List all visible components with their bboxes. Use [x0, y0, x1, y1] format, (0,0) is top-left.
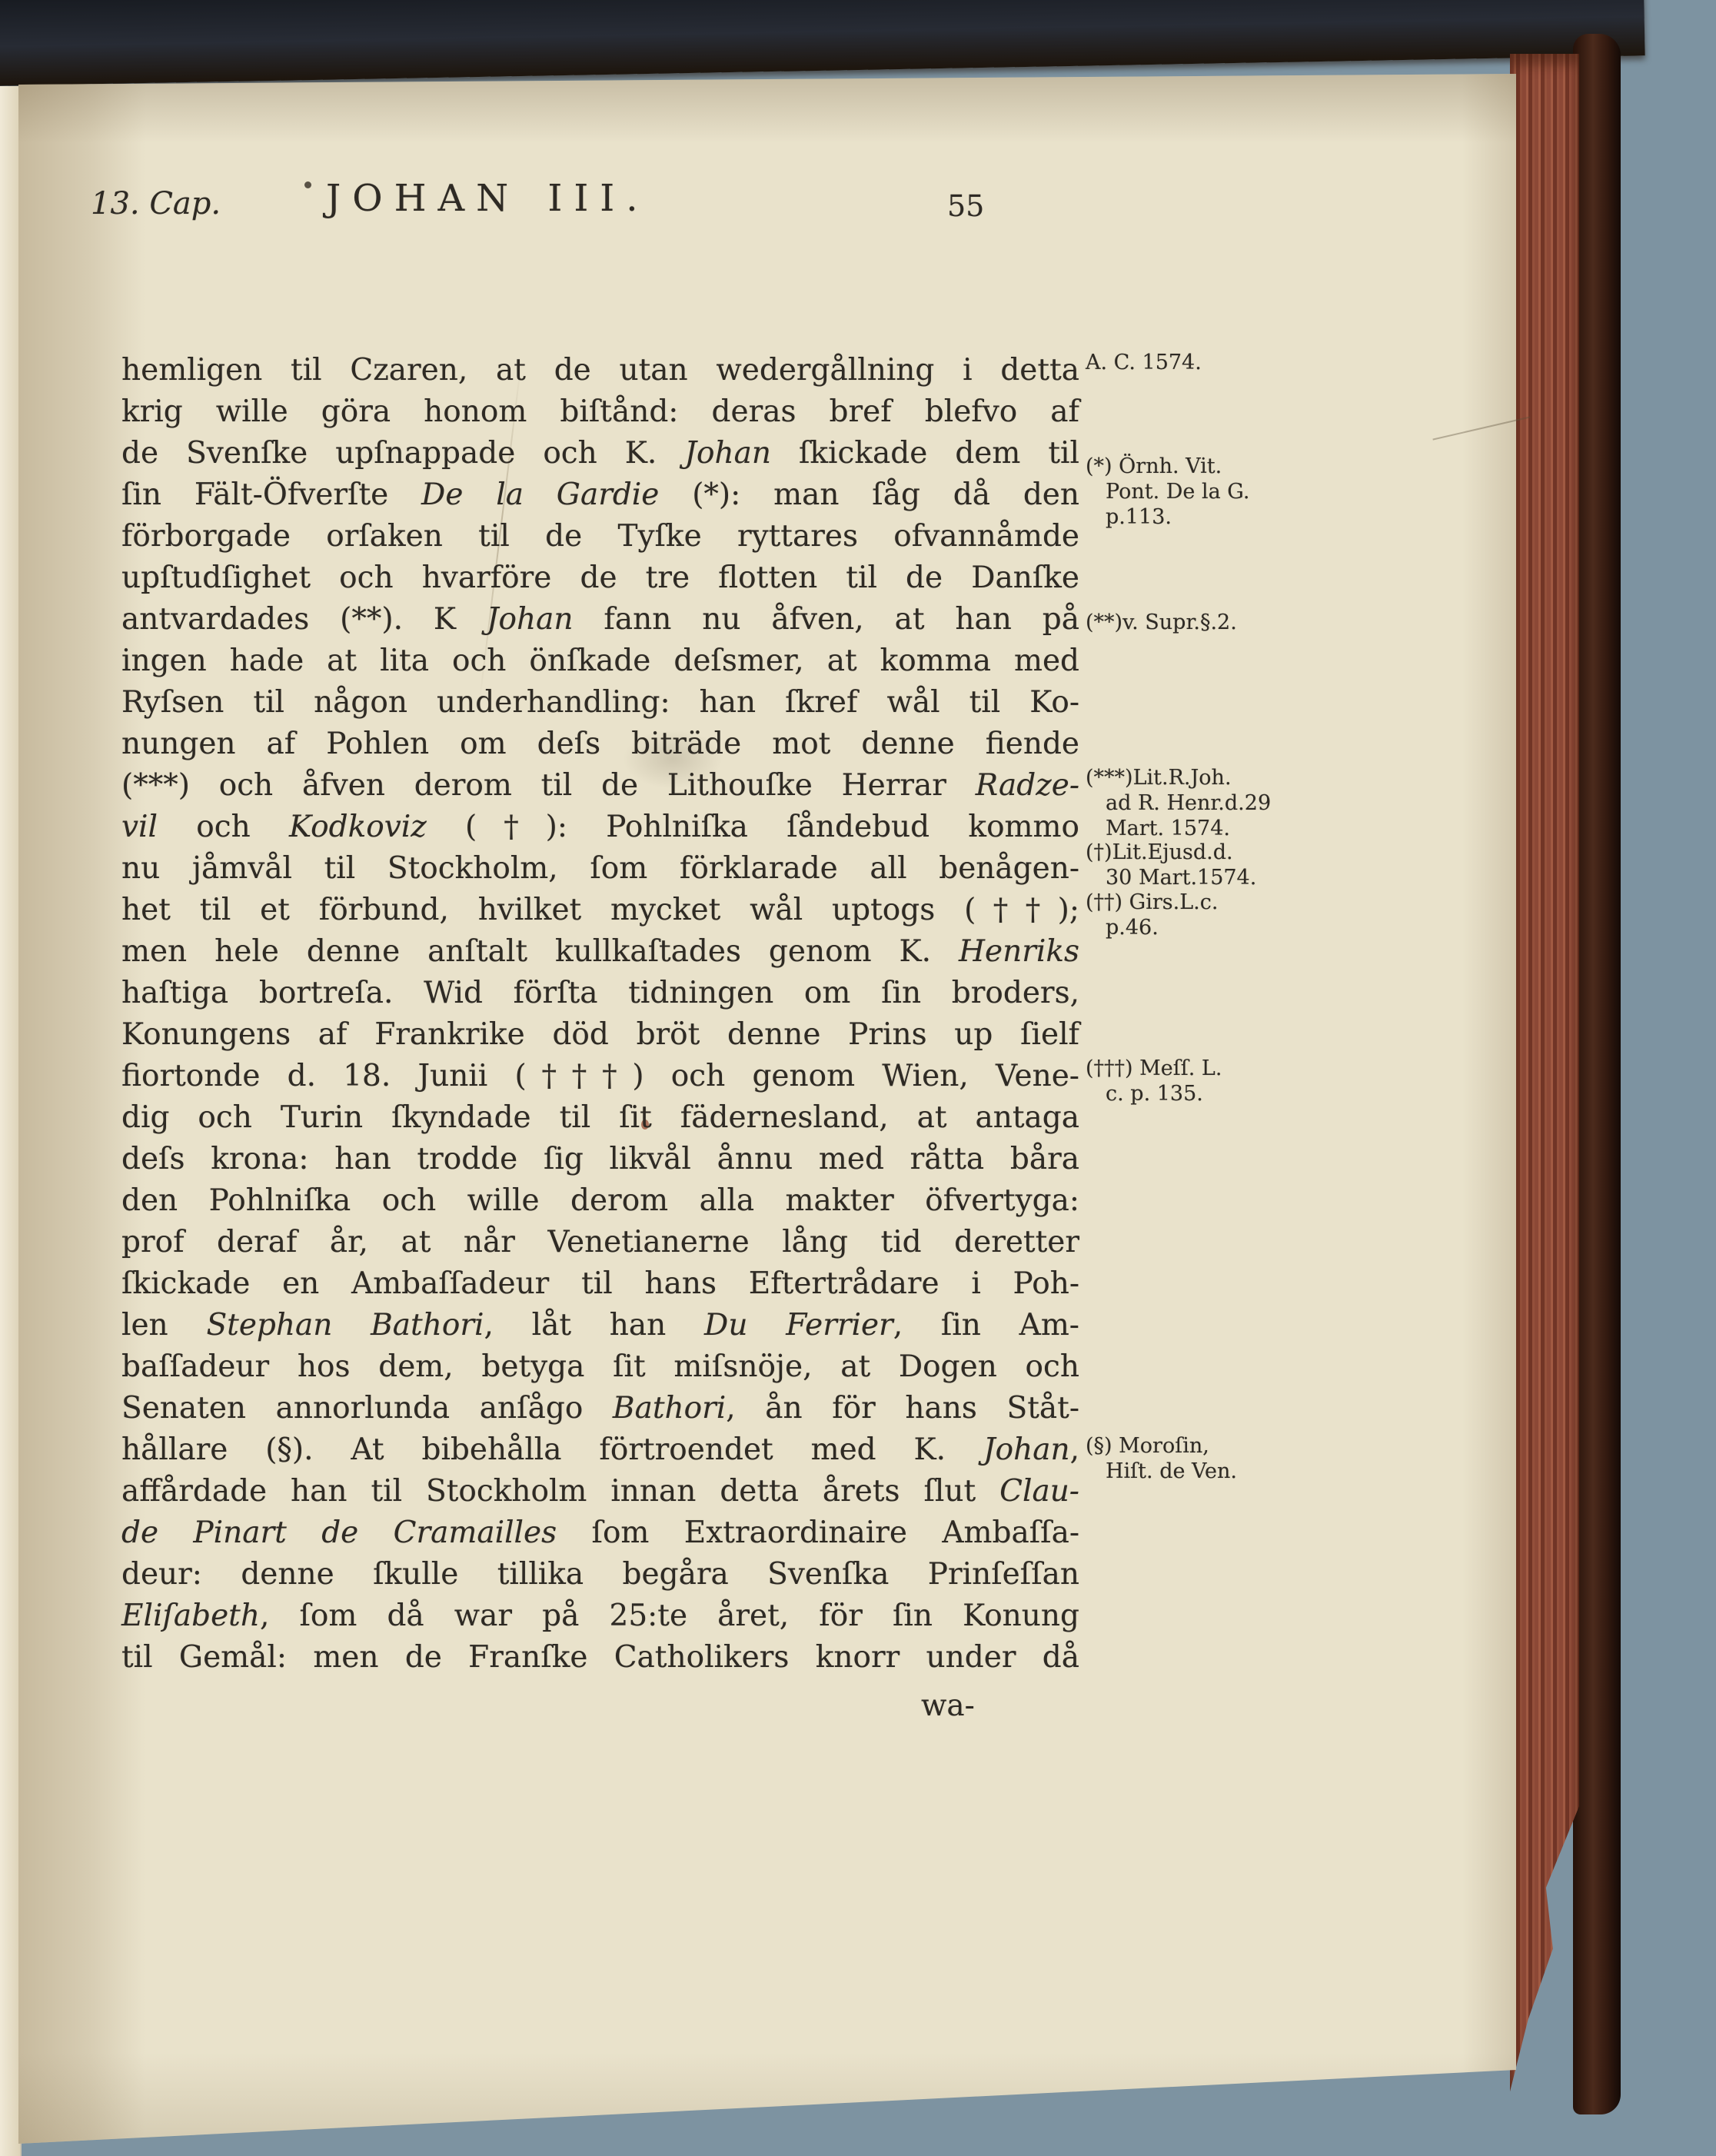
running-title: JOHAN III. [326, 177, 650, 220]
page-number: 55 [947, 189, 984, 223]
text-line: het til et förbund, hvilket mycket wål u… [121, 890, 1079, 931]
margin-note-double-star: (**)v. Supr.§.2. [1086, 610, 1342, 635]
photographed-book-scene: 13. Cap. JOHAN III. 55 hemligen til Czar… [0, 0, 1716, 2156]
chapter-label: 13. Cap. [91, 186, 221, 221]
text-line: baſſadeur hos dem, betyga ſit miſsnöje, … [121, 1346, 1079, 1388]
text-line: nungen af Pohlen om deſs biträde mot den… [121, 724, 1079, 765]
text-line: ingen hade at lita och önſkade deſsmer, … [121, 640, 1079, 682]
margin-note-triple-dagger: (†††) Meſſ. L.c. p. 135. [1086, 1056, 1342, 1106]
text-line: (***) och åfven derom til de Lithouſke H… [121, 765, 1079, 807]
book-cover-right-edge [1573, 34, 1621, 2114]
text-line: de Pinart de Cramailles ſom Extraordinai… [121, 1512, 1079, 1554]
text-line: de Svenſke upſnappade och K. Johan ſkick… [121, 433, 1079, 474]
text-line: deur: denne ſkulle tillika begåra Svenſk… [121, 1554, 1079, 1595]
text-line: den Pohlniſka och wille derom alla makte… [121, 1180, 1079, 1222]
text-line: ſkickade en Ambaſſadeur til hans Eftertr… [121, 1263, 1079, 1305]
text-line: deſs krona: han trodde ſig likvål ånnu m… [121, 1139, 1079, 1180]
previous-page-edge [0, 86, 22, 2156]
margin-note-star: (*) Örnh. Vit.Pont. De la G.p.113. [1086, 454, 1342, 530]
body-text: hemligen til Czaren, at de utan wedergål… [121, 350, 1079, 1679]
text-line: antvardades (**). K Johan fann nu åfven,… [121, 599, 1079, 640]
margin-note-triple-star: (***)Lit.R.Joh.ad R. Henr.d.29Mart. 1574… [1086, 765, 1342, 841]
text-line: dig och Turin ſkyndade til ſit fädernesl… [121, 1097, 1079, 1139]
text-line: hållare (§). At bibehålla förtroendet me… [121, 1429, 1079, 1471]
text-line: affårdade han til Stockholm innan detta … [121, 1471, 1079, 1512]
red-page-edge-stack [1510, 54, 1579, 2091]
margin-note-double-dagger: (††) Girs.L.c.p.46. [1086, 890, 1342, 940]
text-line: förborgade orſaken til de Tyſke ryttares… [121, 516, 1079, 557]
text-line: Konungens af Frankrike död bröt denne Pr… [121, 1014, 1079, 1056]
book-cover-top-edge [0, 0, 1645, 86]
text-line: nu jåmvål til Stockholm, ſom förklarade … [121, 848, 1079, 890]
ink-fleck [304, 181, 311, 188]
margin-note-section: (§) Moroſin,Hiſt. de Ven. [1086, 1433, 1342, 1484]
page-top-shadow [18, 74, 1516, 143]
text-line: krig wille göra honom biſtånd: deras bre… [121, 391, 1079, 433]
text-line: haſtiga bortreſa. Wid förſta tidningen o… [121, 973, 1079, 1014]
text-line: hemligen til Czaren, at de utan wedergål… [121, 350, 1079, 391]
text-line: vil och Kodkoviz (†): Pohlniſka ſåndebud… [121, 807, 1079, 848]
text-line: fiortonde d. 18. Junii (†††) och genom W… [121, 1056, 1079, 1097]
text-line: ſin Fält-Öfverſte De la Gardie (*): man … [121, 474, 1079, 516]
text-line: Eliſabeth, ſom då war på 25:te året, för… [121, 1595, 1079, 1637]
page-bottom-shadow [18, 2053, 1516, 2145]
margin-note-dagger: (†)Lit.Ejusd.d.30 Mart.1574. [1086, 840, 1342, 890]
text-line: Senaten annorlunda anſågo Bathori, ån fö… [121, 1388, 1079, 1429]
fore-edge-shadow [1462, 74, 1516, 2145]
text-line: len Stephan Bathori, låt han Du Ferrier,… [121, 1305, 1079, 1346]
catchword: wa- [921, 1689, 975, 1723]
text-line: men hele denne anſtalt kullkaſtades geno… [121, 931, 1079, 973]
text-line: Ryſsen til någon underhandling: han ſkre… [121, 682, 1079, 724]
text-line: prof deraf år, at når Venetianerne lång … [121, 1222, 1079, 1263]
text-line: upſtudſighet och hvarföre de tre flotten… [121, 557, 1079, 599]
margin-note-year: A. C. 1574. [1086, 350, 1342, 375]
text-line: til Gemål: men de Franſke Catholikers kn… [121, 1637, 1079, 1679]
